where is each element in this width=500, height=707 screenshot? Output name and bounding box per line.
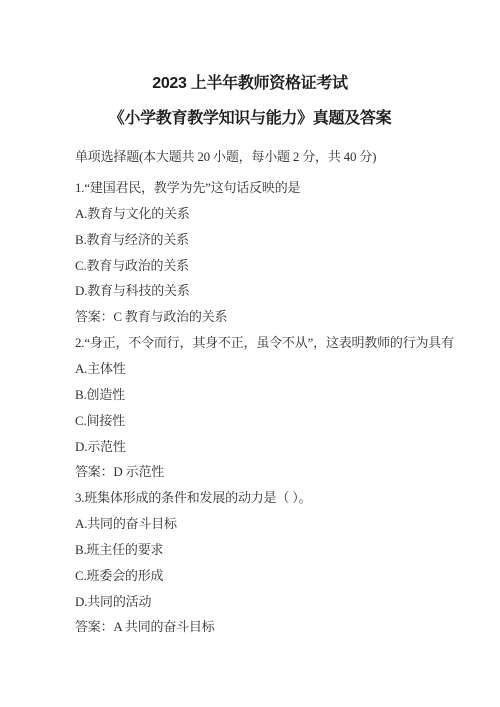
question-option: C.间接性 bbox=[75, 414, 125, 429]
exam-document-page: 2023 上半年教师资格证考试 《小学教育教学知识与能力》真题及答案 单项选择题… bbox=[0, 0, 500, 707]
question-option: B.创造性 bbox=[75, 388, 125, 403]
question-stem: 1.“建国君民，教学为先”这句话反映的是 bbox=[75, 181, 300, 196]
question-option: A.共同的奋斗目标 bbox=[75, 517, 177, 532]
section-header: 单项选择题(本大题共 20 小题，每小题 2 分，共 40 分) bbox=[75, 150, 376, 165]
document-subtitle: 《小学教育教学知识与能力》真题及答案 bbox=[0, 111, 500, 127]
question-option: C.班委会的形成 bbox=[75, 569, 163, 584]
question-option: C.教育与政治的关系 bbox=[75, 259, 189, 274]
question-option: D.示范性 bbox=[75, 440, 126, 455]
question-stem: 2.“身正，不令而行，其身不正，虽令不从”，这表明教师的行为具有 bbox=[75, 336, 454, 351]
question-option: D.共同的活动 bbox=[75, 595, 151, 610]
question-option: B.教育与经济的关系 bbox=[75, 233, 189, 248]
question-option: D.教育与科技的关系 bbox=[75, 284, 190, 299]
answer-line: 答案：A 共同的奋斗目标 bbox=[75, 620, 215, 635]
question-option: A.教育与文化的关系 bbox=[75, 207, 190, 222]
answer-line: 答案：C 教育与政治的关系 bbox=[75, 310, 227, 325]
question-option: B.班主任的要求 bbox=[75, 543, 163, 558]
question-stem: 3.班集体形成的条件和发展的动力是（ ）。 bbox=[75, 491, 311, 506]
question-option: A.主体性 bbox=[75, 362, 126, 377]
document-title: 2023 上半年教师资格证考试 bbox=[0, 76, 500, 92]
answer-line: 答案：D 示范性 bbox=[75, 465, 164, 480]
